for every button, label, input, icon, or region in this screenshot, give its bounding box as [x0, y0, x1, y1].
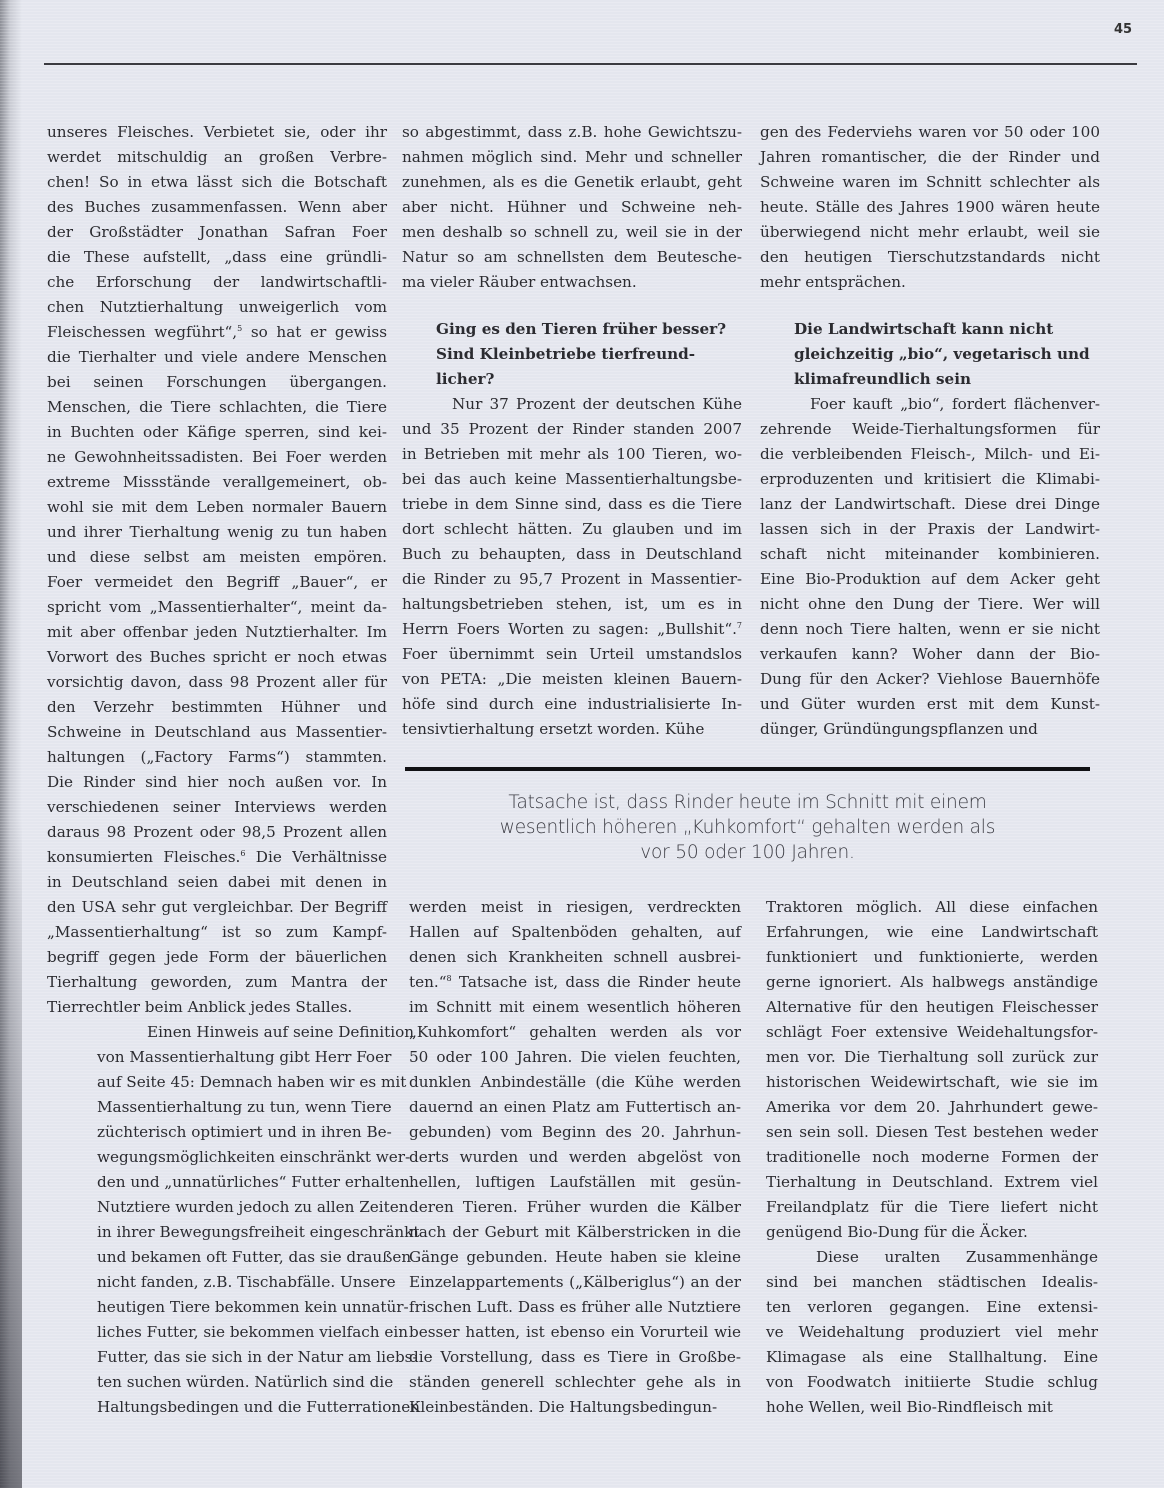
text-line: nicht fanden, z.B. Tischabfälle. Unsere	[47, 1270, 387, 1295]
text-line: Kleinbeständen. Die Haltungsbedingun-	[409, 1395, 741, 1420]
text-line: vorsichtig davon, dass 98 Prozent aller …	[47, 670, 387, 695]
text-line: schlägt Foer extensive Weidehaltungsfor-	[766, 1020, 1098, 1045]
text-line: bei seinen Forschungen übergangen.	[47, 370, 387, 395]
text-line: in Deutschland seien dabei mit denen in	[47, 870, 387, 895]
text-line: von Massentierhaltung gibt Herr Foer	[47, 1045, 387, 1070]
text-line: sind bei manchen städtischen Idealis-	[766, 1270, 1098, 1295]
text-line: triebe in dem Sinne sind, dass es die Ti…	[402, 492, 742, 517]
text-line: nach der Geburt mit Kälberstricken in di…	[409, 1220, 741, 1245]
text-line: die These aufstellt, „dass eine gründli-	[47, 245, 387, 270]
text-line: des Buches zusammenfassen. Wenn aber	[47, 195, 387, 220]
column-1: unseres Fleisches. Verbietet sie, oder i…	[47, 120, 387, 1420]
text-line: sen sein soll. Diesen Test bestehen wede…	[766, 1120, 1098, 1145]
text-line: die verbleibenden Fleisch-, Milch- und E…	[760, 442, 1100, 467]
text-line: Die Landwirtschaft kann nicht	[794, 317, 1100, 342]
text-line: aber nicht. Hühner und Schweine neh-	[402, 195, 742, 220]
text-line: gleichzeitig „bio“, vegetarisch und	[794, 342, 1100, 367]
text-line: Haltungsbedingen und die Futterrationen	[47, 1395, 387, 1420]
text-line: Alternative für den heutigen Fleischesse…	[766, 995, 1098, 1020]
text-line: mit aber offenbar jeden Nutztierhalter. …	[47, 620, 387, 645]
text-line: gen des Federviehs waren vor 50 oder 100	[760, 120, 1100, 145]
text-line: derts wurden und werden abgelöst von	[409, 1145, 741, 1170]
text-line: Traktoren möglich. All diese einfachen	[766, 895, 1098, 920]
text-line: und Güter wurden erst mit dem Kunst-	[760, 692, 1100, 717]
text-line: Menschen, die Tiere schlachten, die Tier…	[47, 395, 387, 420]
text-line: Erfahrungen, wie eine Landwirtschaft	[766, 920, 1098, 945]
text-line: unseres Fleisches. Verbietet sie, oder i…	[47, 120, 387, 145]
text-line: klimafreundlich sein	[794, 367, 1100, 392]
text-line: erproduzenten und kritisiert die Klimabi…	[760, 467, 1100, 492]
text-line: nicht ohne den Dung der Tiere. Wer will	[760, 592, 1100, 617]
text-line: Fleischessen wegführt“,5 so hat er gewis…	[47, 320, 387, 345]
text-line: so abgestimmt, dass z.B. hohe Gewichtszu…	[402, 120, 742, 145]
text-line: Buch zu behaupten, dass in Deutschland	[402, 542, 742, 567]
text-line: Schweine waren im Schnitt schlechter als	[760, 170, 1100, 195]
text-line: 50 oder 100 Jahren. Die vielen feuchten,	[409, 1045, 741, 1070]
text-line: lassen sich in der Praxis der Landwirt-	[760, 517, 1100, 542]
text-line: in Betrieben mit mehr als 100 Tieren, wo…	[402, 442, 742, 467]
paragraph: unseres Fleisches. Verbietet sie, oder i…	[47, 120, 387, 1020]
text-line: ve Weidehaltung produziert viel mehr	[766, 1320, 1098, 1345]
text-line: der Großstädter Jonathan Safran Foer	[47, 220, 387, 245]
text-line: und ihrer Tierhaltung wenig zu tun haben	[47, 520, 387, 545]
column-2-bottom: werden meist in riesigen, verdrecktenHal…	[409, 895, 741, 1420]
text-line: und 35 Prozent der Rinder standen 2007	[402, 417, 742, 442]
text-line: in Buchten oder Käfige sperren, sind kei…	[47, 420, 387, 445]
text-line: Ging es den Tieren früher besser?	[436, 317, 742, 342]
text-line: Foer übernimmt sein Urteil umstandslos	[402, 642, 742, 667]
text-line: hohe Wellen, weil Bio-Rindfleisch mit	[766, 1395, 1098, 1420]
text-line: liches Futter, sie bekommen vielfach ein	[47, 1320, 387, 1345]
text-line: Herrn Foers Worten zu sagen: „Bullshit“.…	[402, 617, 742, 642]
column-2-top: so abgestimmt, dass z.B. hohe Gewichtszu…	[402, 120, 742, 742]
text-line: überwiegend nicht mehr erlaubt, weil sie	[760, 220, 1100, 245]
text-line: Massentierhaltung zu tun, wenn Tiere	[47, 1095, 387, 1120]
text-line: Amerika vor dem 20. Jahrhundert gewe-	[766, 1095, 1098, 1120]
text-line: haltungsbetrieben stehen, ist, um es in	[402, 592, 742, 617]
text-line: besser hatten, ist ebenso ein Vorurteil …	[409, 1320, 741, 1345]
text-line: Nur 37 Prozent der deutschen Kühe	[402, 392, 742, 417]
text-line: traditionelle noch moderne Formen der	[766, 1145, 1098, 1170]
text-line: Foer vermeidet den Begriff „Bauer“, er	[47, 570, 387, 595]
text-line: im Schnitt mit einem wesentlich höheren	[409, 995, 741, 1020]
paragraph: Traktoren möglich. All diese einfachenEr…	[766, 895, 1098, 1245]
text-line: denn noch Tiere halten, wenn er sie nich…	[760, 617, 1100, 642]
text-line: Foer kauft „bio“, fordert flächenver-	[760, 392, 1100, 417]
text-line: vor 50 oder 100 Jahren.	[405, 840, 1090, 865]
paragraph: Einen Hinweis auf seine Definitionvon Ma…	[47, 1020, 387, 1420]
text-line: von PETA: „Die meisten kleinen Bauern-	[402, 667, 742, 692]
paragraph: werden meist in riesigen, verdrecktenHal…	[409, 895, 741, 1420]
text-line: Tierhaltung in Deutschland. Extrem viel	[766, 1170, 1098, 1195]
text-line: den Verzehr bestimmten Hühner und	[47, 695, 387, 720]
text-line: den und „unnatürliches“ Futter erhalten.	[47, 1170, 387, 1195]
text-line: Freilandplatz für die Tiere liefert nich…	[766, 1195, 1098, 1220]
text-line: Jahren romantischer, die der Rinder und	[760, 145, 1100, 170]
text-line: gebunden) vom Beginn des 20. Jahrhun-	[409, 1120, 741, 1145]
text-line: züchterisch optimiert und in ihren Be-	[47, 1120, 387, 1145]
header-rule	[44, 63, 1137, 65]
text-line: auf Seite 45: Demnach haben wir es mit	[47, 1070, 387, 1095]
text-line: ma vieler Räuber entwachsen.	[402, 270, 742, 295]
text-line: den USA sehr gut vergleichbar. Der Begri…	[47, 895, 387, 920]
column-3-bottom: Traktoren möglich. All diese einfachenEr…	[766, 895, 1098, 1420]
text-line: men vor. Die Tierhaltung soll zurück zur	[766, 1045, 1098, 1070]
text-line: che Erforschung der landwirtschaftli-	[47, 270, 387, 295]
text-line: denen sich Krankheiten schnell ausbrei-	[409, 945, 741, 970]
text-line: die Rinder zu 95,7 Prozent in Massentier…	[402, 567, 742, 592]
text-line: historischen Weidewirtschaft, wie sie im	[766, 1070, 1098, 1095]
text-line: Eine Bio-Produktion auf dem Acker geht	[760, 567, 1100, 592]
text-line: und diese selbst am meisten empören.	[47, 545, 387, 570]
text-line: Vorwort des Buches spricht er noch etwas	[47, 645, 387, 670]
text-line: hellen, luftigen Laufställen mit gesün-	[409, 1170, 741, 1195]
text-line: höfe sind durch eine industrialisierte I…	[402, 692, 742, 717]
text-line: „Massentierhaltung“ ist so zum Kampf-	[47, 920, 387, 945]
text-line: Diese uralten Zusammenhänge	[766, 1245, 1098, 1270]
text-line: ständen generell schlechter gehe als in	[409, 1370, 741, 1395]
text-line: Einzelappartements („Kälberiglus“) an de…	[409, 1270, 741, 1295]
text-line: genügend Bio-Dung für die Äcker.	[766, 1220, 1098, 1245]
text-line: spricht vom „Massentierhalter“, meint da…	[47, 595, 387, 620]
text-line: in ihrer Bewegungsfreiheit eingeschränkt	[47, 1220, 387, 1245]
text-line: begriff gegen jede Form der bäuerlichen	[47, 945, 387, 970]
text-line: daraus 98 Prozent oder 98,5 Prozent alle…	[47, 820, 387, 845]
text-line: gerne ignoriert. Als halbwegs anständige	[766, 970, 1098, 995]
text-line: mehr entsprächen.	[760, 270, 1100, 295]
footnote-marker: 8	[446, 974, 451, 983]
text-line: haltungen („Factory Farms“) stammten.	[47, 745, 387, 770]
text-line: Die Rinder sind hier noch außen vor. In	[47, 770, 387, 795]
text-line: chen Nutztierhaltung unweigerlich vom	[47, 295, 387, 320]
text-line: ten suchen würden. Natürlich sind die	[47, 1370, 387, 1395]
paragraph: Diese uralten Zusammenhängesind bei manc…	[766, 1245, 1098, 1420]
text-line: Dung für den Acker? Viehlose Bauernhöfe	[760, 667, 1100, 692]
footnote-marker: 5	[237, 324, 242, 333]
text-line: werden meist in riesigen, verdreckten	[409, 895, 741, 920]
text-line: wesentlich höheren „Kuhkomfort“ gehalten…	[405, 815, 1090, 840]
text-line: bei das auch keine Massentierhaltungsbe-	[402, 467, 742, 492]
text-line: Klimagase als eine Stallhaltung. Eine	[766, 1345, 1098, 1370]
footnote-marker: 6	[240, 849, 245, 858]
text-line: chen! So in etwa lässt sich die Botschaf…	[47, 170, 387, 195]
text-line: ten verloren gegangen. Eine extensi-	[766, 1295, 1098, 1320]
text-line: licher?	[436, 367, 742, 392]
text-line: nahmen möglich sind. Mehr und schneller	[402, 145, 742, 170]
paragraph: Nur 37 Prozent der deutschen Küheund 35 …	[402, 392, 742, 742]
text-line: zehrende Weide-Tierhaltungsformen für	[760, 417, 1100, 442]
text-line: Futter, das sie sich in der Natur am lie…	[47, 1345, 387, 1370]
text-line: men deshalb so schnell zu, weil sie in d…	[402, 220, 742, 245]
text-line: wegungsmöglichkeiten einschränkt wer-	[47, 1145, 387, 1170]
text-line: ne Gewohnheitssadisten. Bei Foer werden	[47, 445, 387, 470]
text-line: Natur so am schnellsten dem Beutesche-	[402, 245, 742, 270]
text-line: Gänge gebunden. Heute haben sie kleine	[409, 1245, 741, 1270]
text-line: konsumierten Fleisches.6 Die Verhältniss…	[47, 845, 387, 870]
text-line: Tatsache ist, dass Rinder heute im Schni…	[405, 790, 1090, 815]
text-line: tensivtierhaltung ersetzt worden. Kühe	[402, 717, 742, 742]
text-line: von Foodwatch initiierte Studie schlug	[766, 1370, 1098, 1395]
text-line: dauernd an einen Platz am Futtertisch an…	[409, 1095, 741, 1120]
column-3-top: gen des Federviehs waren vor 50 oder 100…	[760, 120, 1100, 742]
binding-gutter-shadow	[0, 0, 22, 1488]
text-line: heutigen Tiere bekommen kein unnatür-	[47, 1295, 387, 1320]
text-line: verschiedenen seiner Interviews werden	[47, 795, 387, 820]
footnote-marker: 7	[737, 621, 742, 630]
text-line: Nutztiere wurden jedoch zu allen Zeiten	[47, 1195, 387, 1220]
text-line: die Vorstellung, dass es Tiere in Großbe…	[409, 1345, 741, 1370]
section-heading: Ging es den Tieren früher besser?Sind Kl…	[402, 317, 742, 392]
pull-quote-rule	[405, 767, 1090, 771]
text-line: Einen Hinweis auf seine Definition	[47, 1020, 387, 1045]
text-line: schaft nicht miteinander kombinieren.	[760, 542, 1100, 567]
text-line: zunehmen, als es die Genetik erlaubt, ge…	[402, 170, 742, 195]
text-line: verkaufen kann? Woher dann der Bio-	[760, 642, 1100, 667]
text-line: funktioniert und funktionierte, werden	[766, 945, 1098, 970]
text-line: Hallen auf Spaltenböden gehalten, auf	[409, 920, 741, 945]
text-line: werdet mitschuldig an großen Verbre-	[47, 145, 387, 170]
text-line: die Tierhalter und viele andere Menschen	[47, 345, 387, 370]
text-line: ten.“8 Tatsache ist, dass die Rinder heu…	[409, 970, 741, 995]
text-line: dort schlecht hätten. Zu glauben und im	[402, 517, 742, 542]
pull-quote: Tatsache ist, dass Rinder heute im Schni…	[405, 790, 1090, 865]
text-line: extreme Missstände verallgemeinert, ob-	[47, 470, 387, 495]
paragraph: Foer kauft „bio“, fordert flächenver-zeh…	[760, 392, 1100, 742]
text-line: lanz der Landwirtschaft. Diese drei Ding…	[760, 492, 1100, 517]
section-heading: Die Landwirtschaft kann nichtgleichzeiti…	[760, 317, 1100, 392]
paragraph: gen des Federviehs waren vor 50 oder 100…	[760, 120, 1100, 295]
text-line: deren Tieren. Früher wurden die Kälber	[409, 1195, 741, 1220]
text-line: und bekamen oft Futter, das sie draußen	[47, 1245, 387, 1270]
text-line: Sind Kleinbetriebe tierfreund-	[436, 342, 742, 367]
page-number: 45	[1114, 22, 1132, 37]
text-line: wohl sie mit dem Leben normaler Bauern	[47, 495, 387, 520]
text-line: „Kuhkomfort“ gehalten werden als vor	[409, 1020, 741, 1045]
text-line: den heutigen Tierschutzstandards nicht	[760, 245, 1100, 270]
text-line: dünger, Gründüngungspflanzen und	[760, 717, 1100, 742]
paragraph: so abgestimmt, dass z.B. hohe Gewichtszu…	[402, 120, 742, 295]
text-line: heute. Ställe des Jahres 1900 wären heut…	[760, 195, 1100, 220]
text-line: Schweine in Deutschland aus Massentier-	[47, 720, 387, 745]
text-line: dunklen Anbindeställe (die Kühe werden	[409, 1070, 741, 1095]
text-line: frischen Luft. Dass es früher alle Nutzt…	[409, 1295, 741, 1320]
text-line: Tierhaltung geworden, zum Mantra der	[47, 970, 387, 995]
text-line: Tierrechtler beim Anblick jedes Stalles.	[47, 995, 387, 1020]
